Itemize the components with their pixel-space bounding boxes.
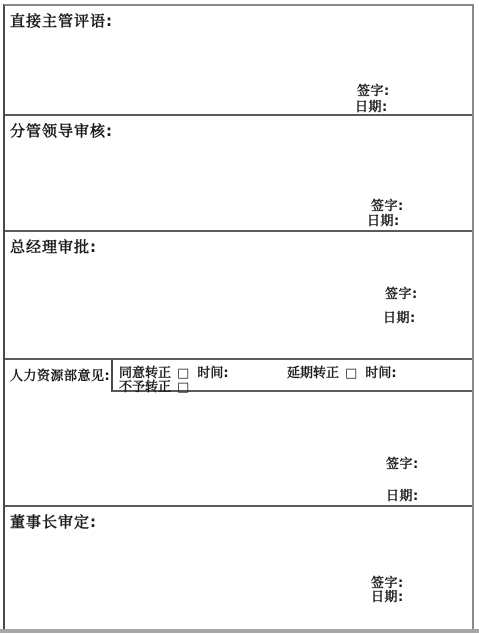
postpone-label: 延期转正 (287, 366, 339, 381)
section-title: 直接主管评语: (10, 10, 113, 31)
sign-label: 签字: (385, 283, 418, 302)
section-gm-approval: 总经理审批: 签字: 日期: (5, 230, 472, 358)
page-bottom-edge (0, 629, 479, 633)
date-label: 日期: (371, 586, 404, 605)
deny-label: 不予转正 (119, 380, 171, 395)
postpone-time-label: 时间: (365, 362, 396, 381)
approval-form-table: 直接主管评语: 签字: 日期: 分管领导审核: 签字: 日期: 总经理审批: 签… (3, 4, 474, 629)
hr-option-deny: 不予转正□ (119, 376, 195, 395)
section-title: 分管领导审核: (10, 120, 113, 141)
postpone-checkbox-icon: □ (345, 366, 357, 381)
section-title: 董事长审定: (10, 511, 97, 532)
hr-option-postpone: 延期转正□时间: (287, 362, 397, 381)
section-leader-review: 分管领导审核: 签字: 日期: (5, 114, 472, 230)
date-label: 日期: (367, 210, 400, 229)
section-hr-opinion: 人力资源部意见: 同意转正□时间: 延期转正□时间: 不予转正□ 签字: 日期: (5, 358, 472, 505)
section-chairman-approval: 董事长审定: 签字: 日期: (5, 505, 472, 629)
section-supervisor-comment: 直接主管评语: 签字: 日期: (5, 6, 472, 114)
date-label: 日期: (383, 307, 416, 326)
date-label: 日期: (355, 96, 388, 115)
agree-time-label: 时间: (197, 362, 228, 381)
hr-options-box: 同意转正□时间: 延期转正□时间: 不予转正□ (111, 360, 472, 392)
section-title: 总经理审批: (10, 236, 97, 257)
deny-checkbox-icon: □ (177, 380, 189, 395)
sign-label: 签字: (386, 453, 419, 472)
date-label: 日期: (386, 485, 419, 504)
section-title: 人力资源部意见: (10, 365, 110, 384)
